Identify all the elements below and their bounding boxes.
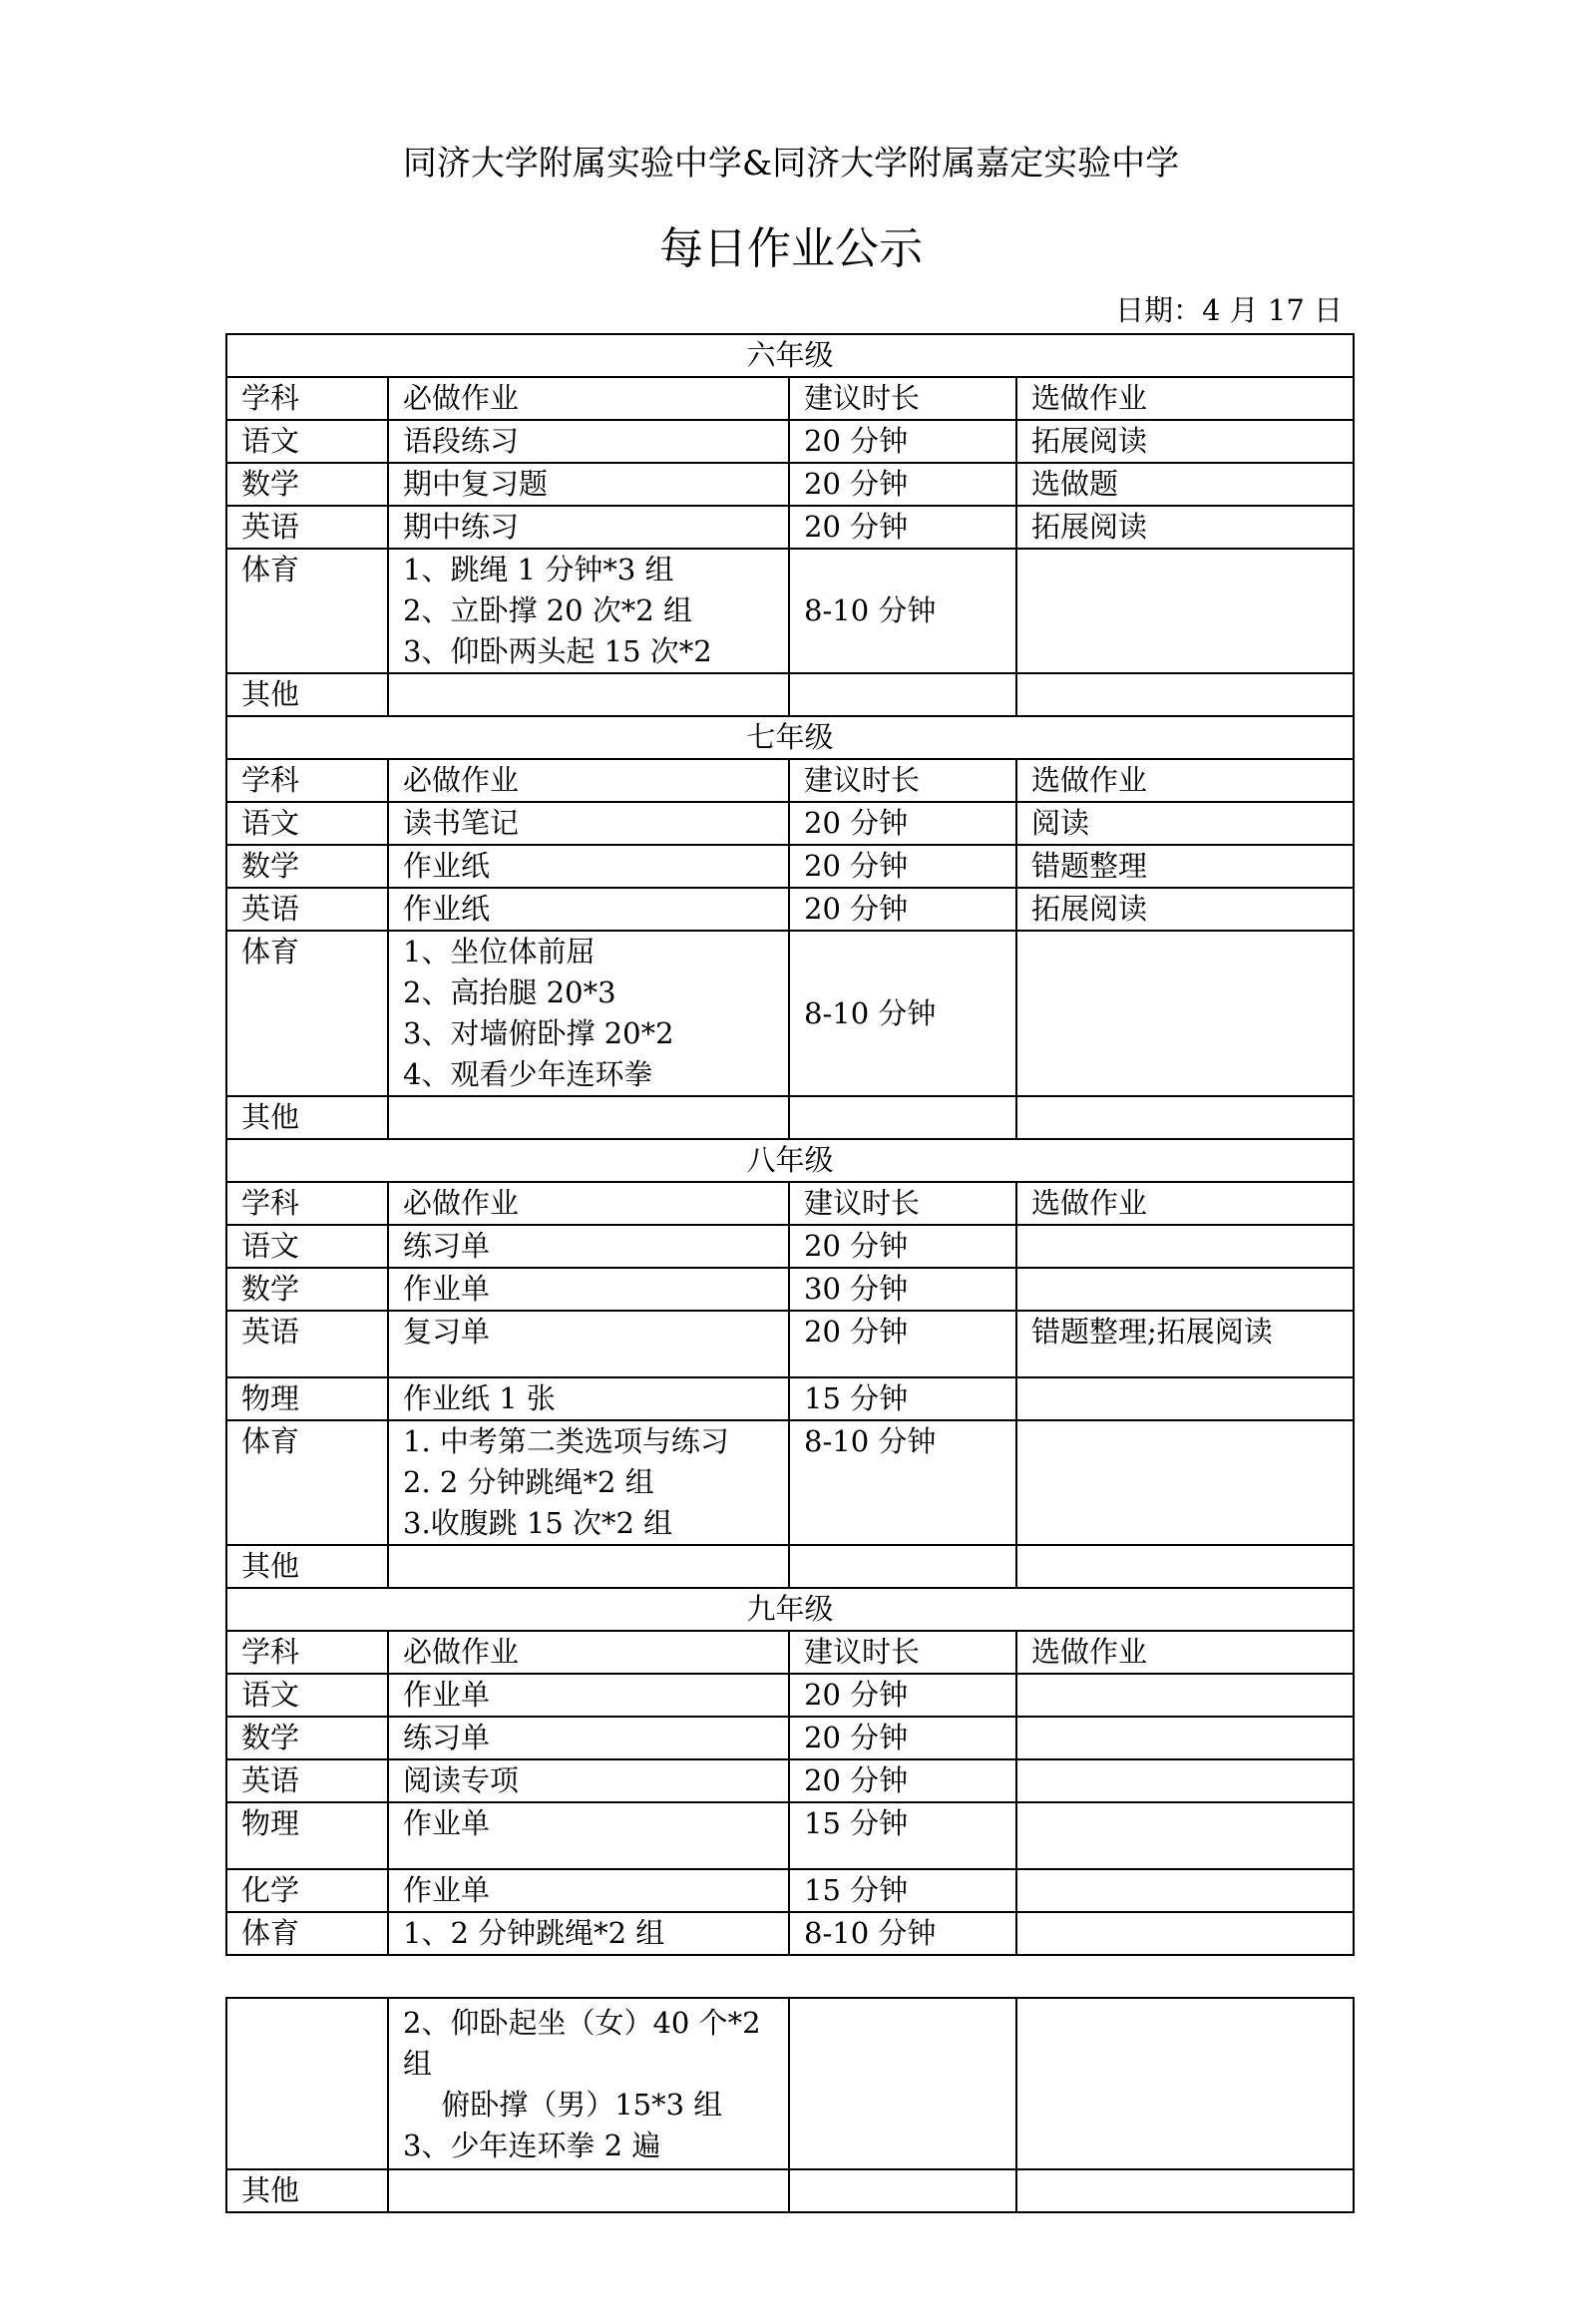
grade-header-row: 九年级: [226, 1588, 1354, 1631]
column-header-row: 学科必做作业建议时长选做作业: [226, 377, 1354, 420]
homework-table-continuation: 2、仰卧起坐（女）40 个*2组 俯卧撑（男）15*3 组3、少年连环拳 2 遍…: [225, 1997, 1355, 2213]
table-row: 其他: [226, 2169, 1354, 2212]
text-line: 1、跳绳 1 分钟*3 组: [403, 550, 788, 590]
text-line: 3、仰卧两头起 15 次*2: [403, 631, 788, 672]
column-header-subject: 学科: [226, 377, 388, 420]
subject-cell: 体育: [226, 931, 388, 1096]
column-header-duration: 建议时长: [789, 1631, 1016, 1674]
duration-cell: [789, 2169, 1016, 2212]
optional-cell: [1016, 1759, 1354, 1802]
text-line: 2. 2 分钟跳绳*2 组: [403, 1462, 788, 1503]
grade-header-row: 六年级: [226, 334, 1354, 377]
subject-cell: 体育: [226, 1912, 388, 1955]
required-cell: 2、仰卧起坐（女）40 个*2组 俯卧撑（男）15*3 组3、少年连环拳 2 遍: [388, 1998, 789, 2169]
column-header-duration: 建议时长: [789, 377, 1016, 420]
grade-header-row: 八年级: [226, 1139, 1354, 1182]
duration-cell: 20 分钟: [789, 888, 1016, 931]
required-cell: 期中复习题: [388, 463, 789, 506]
optional-cell: [1016, 1674, 1354, 1717]
optional-cell: [1016, 2169, 1354, 2212]
page-title: 每日作业公示: [0, 221, 1582, 277]
text-line: 练习单: [403, 1718, 788, 1758]
table-row: 数学练习单20 分钟: [226, 1717, 1354, 1759]
table-row: 物理作业单15 分钟: [226, 1802, 1354, 1869]
required-cell: 1、跳绳 1 分钟*3 组2、立卧撑 20 次*2 组3、仰卧两头起 15 次*…: [388, 549, 789, 673]
required-cell: 练习单: [388, 1717, 789, 1759]
subject-cell: 其他: [226, 2169, 388, 2212]
text-line: 阅读专项: [403, 1760, 788, 1801]
text-line: 期中复习题: [403, 464, 788, 505]
required-cell: 阅读专项: [388, 1759, 789, 1802]
duration-cell: 20 分钟: [789, 420, 1016, 463]
subject-cell: 物理: [226, 1377, 388, 1420]
duration-cell: 20 分钟: [789, 1674, 1016, 1717]
table-row: 其他: [226, 1545, 1354, 1588]
column-header-optional: 选做作业: [1016, 759, 1354, 802]
optional-cell: [1016, 1802, 1354, 1869]
table-row: 语文语段练习20 分钟拓展阅读: [226, 420, 1354, 463]
required-cell: 练习单: [388, 1225, 789, 1268]
column-header-subject: 学科: [226, 759, 388, 802]
text-line: 语段练习: [403, 421, 788, 462]
optional-cell: 选做题: [1016, 463, 1354, 506]
subject-cell: 英语: [226, 1759, 388, 1802]
optional-cell: 拓展阅读: [1016, 506, 1354, 549]
column-header-required: 必做作业: [388, 377, 789, 420]
duration-cell: [789, 673, 1016, 716]
subject-cell: 体育: [226, 549, 388, 673]
required-cell: 复习单: [388, 1311, 789, 1377]
duration-cell: 8-10 分钟: [789, 549, 1016, 673]
optional-cell: [1016, 1268, 1354, 1311]
duration-cell: 15 分钟: [789, 1802, 1016, 1869]
optional-cell: [1016, 1545, 1354, 1588]
optional-cell: [1016, 931, 1354, 1096]
subject-cell: 体育: [226, 1420, 388, 1545]
column-header-optional: 选做作业: [1016, 377, 1354, 420]
optional-cell: [1016, 1998, 1354, 2169]
subject-cell: 语文: [226, 802, 388, 845]
duration-cell: 15 分钟: [789, 1869, 1016, 1912]
grade-title: 七年级: [226, 716, 1354, 759]
text-line: 1、坐位体前屈: [403, 932, 788, 972]
column-header-duration: 建议时长: [789, 759, 1016, 802]
subject-cell: 其他: [226, 673, 388, 716]
table-row: 体育1、坐位体前屈2、高抬腿 20*33、对墙俯卧撑 20*24、观看少年连环拳…: [226, 931, 1354, 1096]
optional-cell: 阅读: [1016, 802, 1354, 845]
subject-cell: 英语: [226, 506, 388, 549]
optional-cell: [1016, 1869, 1354, 1912]
text-line: 练习单: [403, 1226, 788, 1267]
subject-cell: 语文: [226, 1674, 388, 1717]
duration-cell: 20 分钟: [789, 1759, 1016, 1802]
optional-cell: [1016, 1912, 1354, 1955]
duration-cell: 8-10 分钟: [789, 1912, 1016, 1955]
subject-cell: 数学: [226, 1268, 388, 1311]
text-line: 读书笔记: [403, 803, 788, 844]
table-row: 体育1、跳绳 1 分钟*3 组2、立卧撑 20 次*2 组3、仰卧两头起 15 …: [226, 549, 1354, 673]
duration-cell: 20 分钟: [789, 1717, 1016, 1759]
subject-cell: 语文: [226, 420, 388, 463]
optional-cell: [1016, 673, 1354, 716]
duration-cell: 20 分钟: [789, 802, 1016, 845]
text-line: 期中练习: [403, 507, 788, 548]
optional-cell: [1016, 1717, 1354, 1759]
grade-title: 九年级: [226, 1588, 1354, 1631]
text-line: 作业单: [403, 1870, 788, 1911]
text-line: 作业纸: [403, 889, 788, 930]
optional-cell: [1016, 1420, 1354, 1545]
optional-cell: [1016, 1377, 1354, 1420]
text-line: 作业纸 1 张: [403, 1378, 788, 1419]
required-cell: 作业纸 1 张: [388, 1377, 789, 1420]
subject-cell: 物理: [226, 1802, 388, 1869]
table-row: 体育1. 中考第二类选项与练习2. 2 分钟跳绳*2 组3.收腹跳 15 次*2…: [226, 1420, 1354, 1545]
subject-cell: 化学: [226, 1869, 388, 1912]
text-line: 4、观看少年连环拳: [403, 1054, 788, 1095]
required-cell: 读书笔记: [388, 802, 789, 845]
table-row: 其他: [226, 1096, 1354, 1139]
optional-cell: 拓展阅读: [1016, 888, 1354, 931]
required-cell: [388, 673, 789, 716]
subject-cell: 其他: [226, 1545, 388, 1588]
subject-cell: 英语: [226, 888, 388, 931]
table-row: 体育1、2 分钟跳绳*2 组8-10 分钟: [226, 1912, 1354, 1955]
text-line: 1、2 分钟跳绳*2 组: [403, 1913, 788, 1954]
text-line: 2、立卧撑 20 次*2 组: [403, 590, 788, 631]
table-row: 英语期中练习20 分钟拓展阅读: [226, 506, 1354, 549]
table-row: 英语作业纸20 分钟拓展阅读: [226, 888, 1354, 931]
homework-table: 六年级学科必做作业建议时长选做作业语文语段练习20 分钟拓展阅读数学期中复习题2…: [225, 333, 1355, 1956]
column-header-subject: 学科: [226, 1182, 388, 1225]
table-row: 语文练习单20 分钟: [226, 1225, 1354, 1268]
subject-cell: 数学: [226, 1717, 388, 1759]
text-line: 1. 中考第二类选项与练习: [403, 1421, 788, 1462]
required-cell: [388, 2169, 789, 2212]
date-label: 日期：4 月 17 日: [1115, 291, 1343, 329]
column-header-optional: 选做作业: [1016, 1182, 1354, 1225]
text-line: 2、仰卧起坐（女）40 个*2: [403, 2003, 788, 2044]
optional-cell: 错题整理;拓展阅读: [1016, 1311, 1354, 1377]
required-cell: 作业单: [388, 1802, 789, 1869]
column-header-subject: 学科: [226, 1631, 388, 1674]
duration-cell: 20 分钟: [789, 845, 1016, 888]
duration-cell: 20 分钟: [789, 506, 1016, 549]
table-row: 数学期中复习题20 分钟选做题: [226, 463, 1354, 506]
text-line: 作业单: [403, 1803, 788, 1844]
optional-cell: [1016, 1225, 1354, 1268]
text-line: 3.收腹跳 15 次*2 组: [403, 1503, 788, 1544]
required-cell: 作业单: [388, 1674, 789, 1717]
duration-cell: 8-10 分钟: [789, 931, 1016, 1096]
column-header-required: 必做作业: [388, 1631, 789, 1674]
duration-cell: [789, 1998, 1016, 2169]
duration-cell: 20 分钟: [789, 1311, 1016, 1377]
column-header-row: 学科必做作业建议时长选做作业: [226, 759, 1354, 802]
grade-header-row: 七年级: [226, 716, 1354, 759]
duration-cell: [789, 1096, 1016, 1139]
required-cell: 作业纸: [388, 845, 789, 888]
required-cell: 作业纸: [388, 888, 789, 931]
required-cell: [388, 1096, 789, 1139]
text-line: 俯卧撑（男）15*3 组: [403, 2085, 788, 2126]
subject-cell: [226, 1998, 388, 2169]
table-row: 化学作业单15 分钟: [226, 1869, 1354, 1912]
subject-cell: 数学: [226, 463, 388, 506]
table-row-continuation: 2、仰卧起坐（女）40 个*2组 俯卧撑（男）15*3 组3、少年连环拳 2 遍: [226, 1998, 1354, 2169]
duration-cell: 8-10 分钟: [789, 1420, 1016, 1545]
optional-cell: [1016, 1096, 1354, 1139]
text-line: 3、对墙俯卧撑 20*2: [403, 1013, 788, 1054]
optional-cell: 拓展阅读: [1016, 420, 1354, 463]
school-name: 同济大学附属实验中学&同济大学附属嘉定实验中学: [0, 142, 1582, 186]
column-header-row: 学科必做作业建议时长选做作业: [226, 1182, 1354, 1225]
text-line: 作业单: [403, 1675, 788, 1716]
grade-title: 六年级: [226, 334, 1354, 377]
required-cell: 1、2 分钟跳绳*2 组: [388, 1912, 789, 1955]
subject-cell: 数学: [226, 845, 388, 888]
required-cell: 作业单: [388, 1869, 789, 1912]
duration-cell: 20 分钟: [789, 463, 1016, 506]
column-header-optional: 选做作业: [1016, 1631, 1354, 1674]
table-row: 语文作业单20 分钟: [226, 1674, 1354, 1717]
table-row: 英语阅读专项20 分钟: [226, 1759, 1354, 1802]
duration-cell: 15 分钟: [789, 1377, 1016, 1420]
table-row: 物理作业纸 1 张15 分钟: [226, 1377, 1354, 1420]
column-header-duration: 建议时长: [789, 1182, 1016, 1225]
subject-cell: 语文: [226, 1225, 388, 1268]
required-cell: 语段练习: [388, 420, 789, 463]
grade-title: 八年级: [226, 1139, 1354, 1182]
text-line: 作业单: [403, 1269, 788, 1310]
table-row: 其他: [226, 673, 1354, 716]
duration-cell: 30 分钟: [789, 1268, 1016, 1311]
column-header-required: 必做作业: [388, 1182, 789, 1225]
subject-cell: 英语: [226, 1311, 388, 1377]
text-line: 3、少年连环拳 2 遍: [403, 2126, 788, 2166]
column-header-required: 必做作业: [388, 759, 789, 802]
text-line: 作业纸: [403, 846, 788, 887]
text-line: 2、高抬腿 20*3: [403, 972, 788, 1013]
subject-cell: 其他: [226, 1096, 388, 1139]
optional-cell: 错题整理: [1016, 845, 1354, 888]
table-row: 语文读书笔记20 分钟阅读: [226, 802, 1354, 845]
text-line: 复习单: [403, 1312, 788, 1353]
required-cell: [388, 1545, 789, 1588]
table-row: 数学作业单30 分钟: [226, 1268, 1354, 1311]
required-cell: 作业单: [388, 1268, 789, 1311]
table-row: 数学作业纸20 分钟错题整理: [226, 845, 1354, 888]
required-cell: 期中练习: [388, 506, 789, 549]
required-cell: 1. 中考第二类选项与练习2. 2 分钟跳绳*2 组3.收腹跳 15 次*2 组: [388, 1420, 789, 1545]
table-row: 英语复习单20 分钟错题整理;拓展阅读: [226, 1311, 1354, 1377]
required-cell: 1、坐位体前屈2、高抬腿 20*33、对墙俯卧撑 20*24、观看少年连环拳: [388, 931, 789, 1096]
optional-cell: [1016, 549, 1354, 673]
text-line: 组: [403, 2044, 788, 2085]
duration-cell: 20 分钟: [789, 1225, 1016, 1268]
duration-cell: [789, 1545, 1016, 1588]
column-header-row: 学科必做作业建议时长选做作业: [226, 1631, 1354, 1674]
